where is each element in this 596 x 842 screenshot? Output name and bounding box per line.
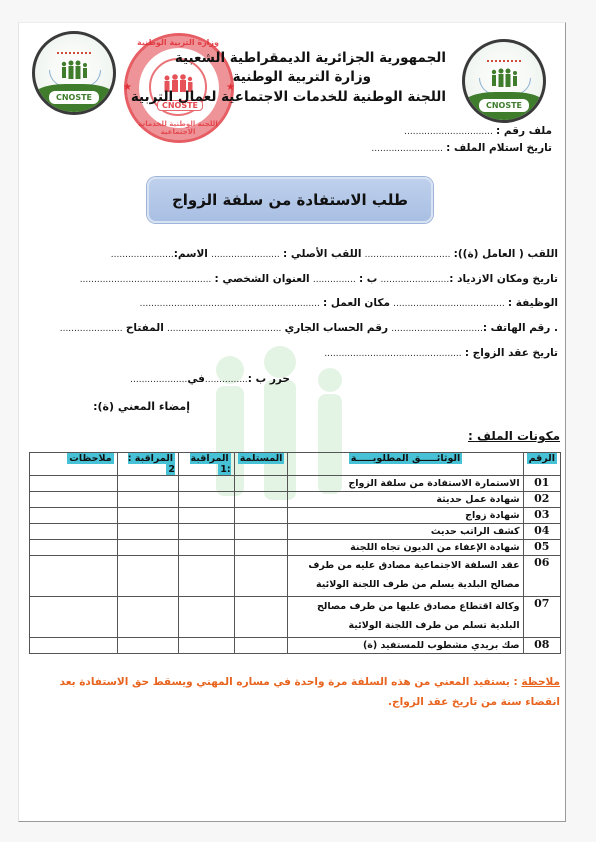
- received-cell[interactable]: [234, 556, 288, 597]
- check-2-cell[interactable]: [117, 508, 178, 524]
- name-field[interactable]: الاسم:......................: [111, 249, 208, 260]
- stamp-bottom-text: اللجنة الوطنية للخدمات الاجتماعية: [133, 120, 223, 136]
- row-birth: تاريخ ومكان الازدياد :..................…: [80, 273, 558, 285]
- logo-text: CNOSTE: [479, 99, 529, 112]
- row-written: حرر ب :...............في................…: [130, 373, 290, 385]
- notes-cell[interactable]: [30, 597, 118, 638]
- row-names: اللقب ( العامل (ة)): ...................…: [111, 248, 558, 260]
- original-surname-field[interactable]: اللقب الأصلي : ........................: [211, 249, 361, 260]
- check-1-cell[interactable]: [179, 597, 235, 638]
- col-received: المستلمة: [234, 453, 288, 476]
- notes-cell[interactable]: [30, 476, 118, 492]
- table-row: 02 شهادة عمل حديثة: [30, 492, 561, 508]
- table-row: 03 شهادة زواج: [30, 508, 561, 524]
- note-text: : يستفيد المعني من هذه السلفة مرة واحدة …: [60, 676, 560, 708]
- notes-cell[interactable]: [30, 540, 118, 556]
- table-row: 08 صك بريدي مشطوب للمستفيد (ة): [30, 638, 561, 654]
- col-check-1: المراقبة :1: [179, 453, 235, 476]
- received-cell[interactable]: [234, 492, 288, 508]
- cnoste-logo-left: CNOSTE: [32, 31, 116, 115]
- notes-cell[interactable]: [30, 508, 118, 524]
- key-field[interactable]: المفتاح ......................: [60, 323, 164, 334]
- notes-cell[interactable]: [30, 638, 118, 654]
- check-1-cell[interactable]: [179, 524, 235, 540]
- form-title: طلب الاستفادة من سلفة الزواج: [147, 177, 433, 223]
- header-ministry: وزارة التربية الوطنية: [233, 69, 371, 85]
- check-2-cell[interactable]: [117, 556, 178, 597]
- surname-field[interactable]: اللقب ( العامل (ة)): ...................…: [365, 249, 558, 260]
- check-2-cell[interactable]: [117, 492, 178, 508]
- file-number-field[interactable]: ملف رقم : ..............................…: [404, 125, 552, 137]
- table-row: 05 شهادة الإعفاء من الديون تجاه اللجنة: [30, 540, 561, 556]
- check-1-cell[interactable]: [179, 476, 235, 492]
- written-on-field[interactable]: في....................: [130, 374, 205, 385]
- col-check-2: المراقبة : 2: [117, 453, 178, 476]
- address-field[interactable]: العنوان الشخصي : .......................…: [80, 274, 310, 285]
- check-2-cell[interactable]: [117, 476, 178, 492]
- logo-text: CNOSTE: [49, 91, 99, 104]
- received-cell[interactable]: [234, 476, 288, 492]
- marriage-date-field[interactable]: تاريخ عقد الزواج : .....................…: [324, 347, 558, 359]
- signature-field[interactable]: إمضاء المعني (ة):: [93, 400, 190, 413]
- table-row: 01 الاستمارة الاستفادة من سلفة الزواج: [30, 476, 561, 492]
- table-row: 06 عقد السلفة الاجتماعية مصادق عليه من ط…: [30, 556, 561, 597]
- cnoste-logo-right: CNOSTE: [462, 39, 546, 123]
- check-2-cell[interactable]: [117, 524, 178, 540]
- check-1-cell[interactable]: [179, 508, 235, 524]
- notes-cell[interactable]: [30, 492, 118, 508]
- check-2-cell[interactable]: [117, 540, 178, 556]
- check-1-cell[interactable]: [179, 540, 235, 556]
- check-1-cell[interactable]: [179, 638, 235, 654]
- notes-cell[interactable]: [30, 524, 118, 540]
- col-notes: ملاحظات: [30, 453, 118, 476]
- birth-date-field[interactable]: تاريخ ومكان الازدياد :..................…: [381, 274, 558, 285]
- table-row: 04 كشف الراتب حديث: [30, 524, 561, 540]
- table-row: 07 وكالة اقتطاع مصادق عليها من طرف مصالح…: [30, 597, 561, 638]
- check-2-cell[interactable]: [117, 638, 178, 654]
- check-1-cell[interactable]: [179, 492, 235, 508]
- notes-cell[interactable]: [30, 556, 118, 597]
- received-cell[interactable]: [234, 524, 288, 540]
- header-committee: اللجنة الوطنية للخدمات الاجتماعية لعمال …: [131, 89, 446, 105]
- job-field[interactable]: الوظيفة : ..............................…: [393, 298, 558, 309]
- col-documents: الوثائـــــق المطلويـــــة: [288, 453, 523, 476]
- note-label: ملاحظة: [521, 676, 560, 688]
- crown-icon: [487, 60, 521, 68]
- received-cell[interactable]: [234, 597, 288, 638]
- crown-icon: [57, 52, 91, 60]
- written-at-field[interactable]: حرر ب :...............: [205, 374, 290, 385]
- receipt-date-field[interactable]: تاريخ استلام الملف : ...................…: [371, 142, 552, 154]
- header-republic: الجمهورية الجزائرية الديمقراطية الشعبية: [175, 50, 446, 66]
- phone-field[interactable]: . رقم الهاتف :..........................…: [391, 323, 558, 334]
- table-header-row: الرقم الوثائـــــق المطلويـــــة المستلم…: [30, 453, 561, 476]
- components-heading: مكونات الملف :: [468, 429, 560, 443]
- col-number: الرقم: [523, 453, 560, 476]
- row-job: الوظيفة : ..............................…: [140, 297, 558, 309]
- birth-place-field[interactable]: ب : ...............: [313, 274, 378, 285]
- row-phone: . رقم الهاتف :..........................…: [60, 322, 558, 334]
- stamp-top-text: وزارة التربية الوطنية: [133, 38, 223, 47]
- check-2-cell[interactable]: [117, 597, 178, 638]
- required-documents-table: الرقم الوثائـــــق المطلويـــــة المستلم…: [29, 452, 561, 654]
- received-cell[interactable]: [234, 508, 288, 524]
- received-cell[interactable]: [234, 540, 288, 556]
- check-1-cell[interactable]: [179, 556, 235, 597]
- account-field[interactable]: رقم الحساب الجاري ......................…: [167, 323, 388, 334]
- workplace-field[interactable]: مكان العمل : ...........................…: [140, 298, 390, 309]
- received-cell[interactable]: [234, 638, 288, 654]
- eligibility-note: ملاحظة : يستفيد المعني من هذه السلفة مرة…: [40, 672, 560, 712]
